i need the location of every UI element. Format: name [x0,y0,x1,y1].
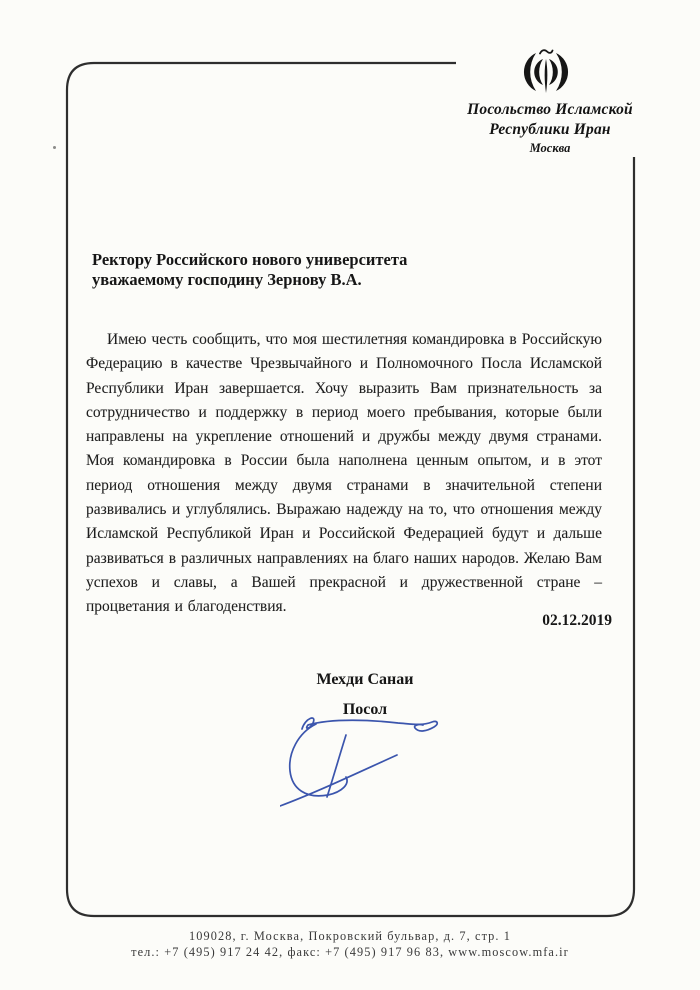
letter-body: Имею честь сообщить, что моя шестилетняя… [86,328,602,620]
letter-date: 02.12.2019 [86,612,612,630]
embassy-city: Москва [450,140,650,156]
handwritten-signature-icon [280,709,470,819]
footer-contacts: тел.: +7 (495) 917 24 42, факс: +7 (495)… [0,944,700,960]
signatory-name: Мехди Санаи [92,671,638,689]
embassy-name-line2: Республики Иран [450,120,650,140]
footer-address: 109028, г. Москва, Покровский бульвар, д… [0,928,700,944]
embassy-name-line1: Посольство Исламской [450,100,650,120]
scan-speck [53,146,56,149]
letter-footer: 109028, г. Москва, Покровский бульвар, д… [0,928,700,960]
recipient-line1: Ректору Российского нового университета [92,250,572,270]
recipient-line2: уважаемому господину Зернову В.А. [92,270,572,290]
recipient-block: Ректору Российского нового университета … [92,250,572,290]
iran-emblem-icon [520,49,572,96]
embassy-header: Посольство Исламской Республики Иран Мос… [450,100,650,156]
letter-page: Посольство Исламской Республики Иран Мос… [0,0,700,990]
